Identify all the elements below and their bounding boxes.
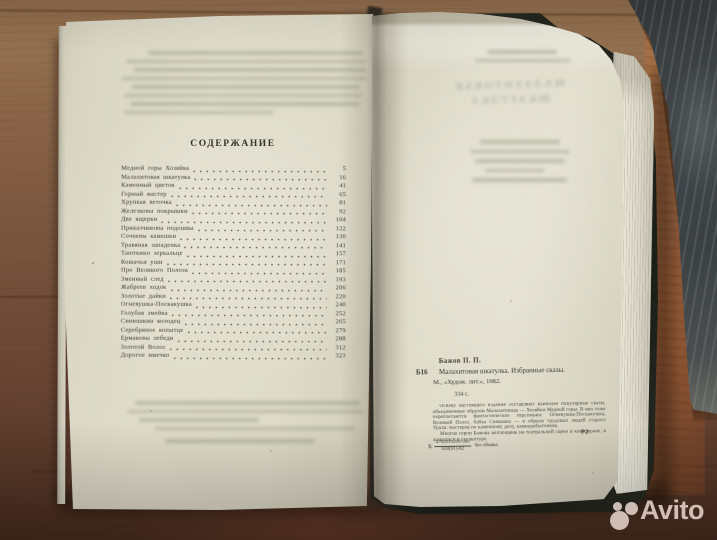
toc-title: Про Великого Полоза (121, 267, 188, 274)
toc-page-number: 193 (330, 276, 346, 283)
catalog-denominator: 028(01)-82 (435, 447, 471, 454)
toc-page-number: 252 (330, 310, 346, 317)
catalog-number: Б 4702010200-383 028(01)-82 без объявл. (428, 439, 499, 453)
toc-page-number: 206 (330, 284, 346, 291)
toc-title: Две ящерки (121, 216, 157, 223)
toc-page-number: 323 (330, 352, 346, 359)
toc-title: Серебряное копытце (121, 326, 184, 333)
toc-dot-leader (187, 254, 327, 257)
avito-watermark: Avito (602, 494, 714, 538)
avito-logo-icon (610, 511, 629, 530)
toc-dot-leader (161, 220, 327, 223)
toc-dot-leader (168, 280, 327, 283)
paper-specks (92, 262, 94, 264)
toc-page-number: 5 (330, 165, 346, 172)
right-page-imprint: МАЛАХИТОВАЯ ШКАТУЛКА Бажов П. П. Б16 Мал… (372, 12, 624, 508)
toc-page-number: 185 (330, 267, 346, 274)
page-count-note: 334 с. (454, 392, 469, 398)
toc-title: Ермаковы лебеди (121, 335, 174, 342)
showthrough-text-block (118, 51, 370, 119)
toc-page-number: 92 (330, 208, 346, 215)
toc-title: Золотые дайки (121, 292, 166, 299)
toc-title: Приказчиковы подошвы (121, 224, 194, 231)
toc-page-number: 81 (330, 199, 346, 206)
toc-page-number: 265 (330, 318, 346, 325)
toc-page-number: 141 (330, 242, 346, 249)
toc-page-number: 288 (330, 335, 346, 342)
toc-page-number: 16 (330, 174, 346, 181)
toc-dot-leader (176, 203, 327, 206)
toc-dot-leader (196, 305, 327, 308)
toc-list: Медной горы Хозяйка5Малахитовая шкатулка… (121, 165, 347, 361)
toc-dot-leader (170, 297, 327, 300)
annotation-paragraphs: Основу настоящего издания составляют наи… (433, 401, 607, 443)
catalog-prefix: Б (428, 444, 432, 450)
toc-page-number: 104 (330, 216, 346, 223)
toc-page-number: 157 (330, 250, 346, 257)
toc-dot-leader (193, 169, 327, 172)
toc-title: Змеиный след (121, 275, 164, 282)
toc-dot-leader (179, 186, 327, 189)
showthrough-line (165, 439, 315, 443)
showthrough-text-block (125, 401, 365, 448)
showthrough-line (148, 51, 363, 55)
catalog-suffix: без объявл. (475, 443, 499, 448)
showthrough-line (126, 60, 366, 64)
toc-dot-leader (177, 339, 326, 342)
toc-title: Синюшкин колодец (121, 318, 181, 325)
toc-page-number: 171 (330, 259, 346, 266)
toc-heading: СОДЕРЖАНИЕ (121, 139, 345, 149)
toc-dot-leader (192, 271, 327, 274)
toc-dot-leader (170, 288, 326, 291)
avito-logo-icon (625, 502, 638, 515)
showthrough-line (139, 418, 259, 422)
toc-title: Кошачьи уши (121, 258, 163, 265)
catalog-fraction: 4702010200-383 028(01)-82 (435, 440, 471, 454)
showthrough-line (124, 111, 274, 115)
toc-page-number: 279 (330, 327, 346, 334)
imprint-line: М., «Худож. лит.», 1982. (433, 378, 501, 386)
showthrough-line (132, 85, 360, 89)
showthrough-line (122, 77, 366, 81)
showthrough-line (127, 410, 363, 414)
toc-page-number: 240 (330, 301, 346, 308)
toc-dot-leader (172, 314, 327, 317)
showthrough-line (130, 102, 360, 106)
toc-page-number: 122 (330, 225, 346, 232)
toc-title: Золотой Волос (121, 343, 166, 350)
showthrough-line (124, 94, 362, 98)
author-line: Бажов П. П. (439, 356, 482, 365)
toc-title: Сочневы камешки (121, 233, 176, 240)
toc-title: Хрупкая веточка (121, 199, 172, 206)
photo-of-open-book: СОДЕРЖАНИЕ Медной горы Хозяйка5Малахитов… (0, 0, 717, 540)
toc-dot-leader (187, 331, 326, 334)
toc-title: Малахитовая шкатулка (121, 173, 190, 180)
showthrough-line (155, 427, 355, 431)
left-page-contents: СОДЕРЖАНИЕ Медной горы Хозяйка5Малахитов… (63, 13, 374, 510)
toc-dot-leader (170, 348, 327, 351)
toc-title: Огневушка-Поскакушка (121, 301, 192, 308)
toc-title: Железковы покрышки (121, 207, 188, 214)
toc-page-number: 41 (330, 182, 346, 189)
toc-dot-leader (198, 229, 327, 232)
toc-title: Каменный цветок (121, 182, 175, 189)
toc-title: Горный мастер (121, 190, 167, 197)
toc-dot-leader (184, 246, 327, 249)
toc-page-number: 65 (330, 191, 346, 198)
toc-page-number: 130 (330, 233, 346, 240)
annotation-paragraph: Основу настоящего издания составляют наи… (433, 401, 606, 432)
rubric-code: Р2 (581, 428, 589, 435)
toc-dot-leader (192, 212, 327, 215)
toc-title: Травяная западенка (121, 241, 180, 248)
book-title-line: Малахитовая шкатулка. Избранные сказы. (439, 366, 565, 376)
toc-title: Медной горы Хозяйка (121, 165, 189, 172)
avito-wordmark: Avito (640, 495, 704, 526)
toc-title: Дорогое имечко (121, 352, 170, 359)
toc-dot-leader (180, 237, 327, 240)
toc-dot-leader (195, 178, 328, 181)
library-index-code: Б16 (416, 368, 428, 376)
toc-dot-leader (184, 322, 326, 325)
showthrough-line (134, 68, 366, 72)
toc-page-number: 220 (330, 293, 346, 300)
toc-title: Голубая змейка (121, 309, 168, 316)
toc-dot-leader (173, 356, 326, 359)
toc-row: Дорогое имечко323 (121, 352, 346, 361)
toc-title: Жабреев ходок (121, 284, 167, 291)
avito-logo-icon (613, 502, 622, 511)
toc-dot-leader (171, 195, 327, 198)
toc-dot-leader (167, 263, 327, 266)
showthrough-line (135, 401, 360, 405)
toc-title: Таюткино зеркальце (121, 250, 183, 257)
toc-page-number: 312 (330, 344, 346, 351)
